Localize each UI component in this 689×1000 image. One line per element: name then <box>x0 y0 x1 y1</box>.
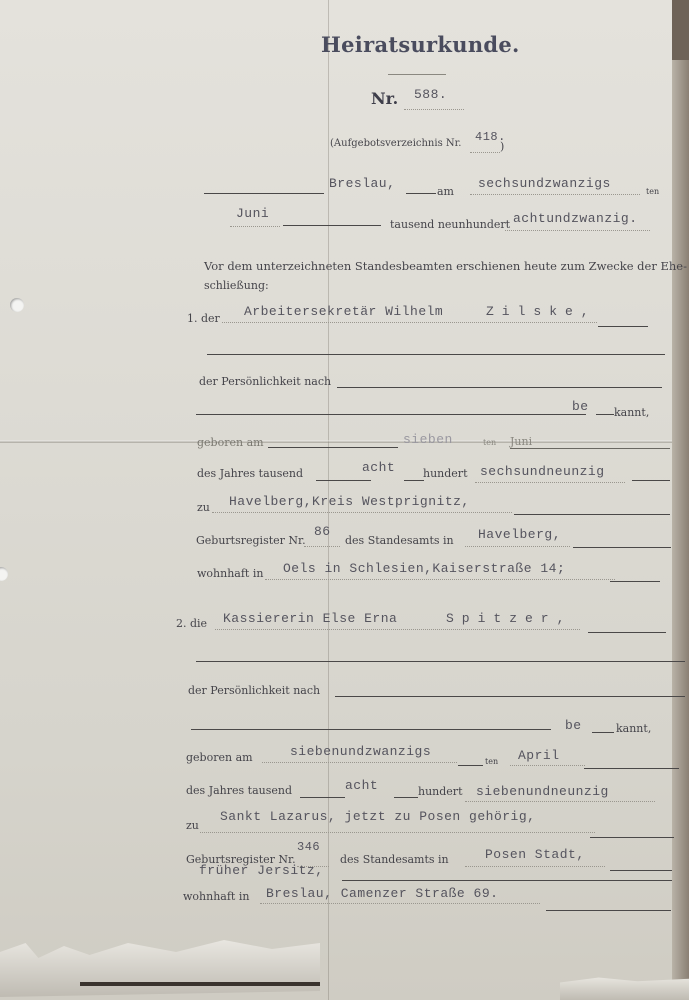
person2-office: Posen Stadt, <box>485 847 585 862</box>
fill-line <box>465 546 570 547</box>
fill-line <box>514 514 670 515</box>
fill-line <box>394 797 418 798</box>
fill-line <box>475 482 625 483</box>
place: Breslau, <box>329 176 395 191</box>
fill-line <box>573 547 671 548</box>
person1-known-suffix: kannt, <box>614 406 649 419</box>
person2-year-hundreds: acht <box>345 778 378 793</box>
person1-known-prefix: be <box>572 399 589 414</box>
person2-place-label: zu <box>186 819 199 832</box>
person1-year-label: des Jahres tausend <box>197 467 303 480</box>
person2-register-number: 346 <box>297 840 320 854</box>
punch-hole-icon <box>10 298 24 312</box>
person1-place-label: zu <box>197 501 210 514</box>
fill-line <box>510 765 585 766</box>
fill-line <box>590 837 674 838</box>
person2-identity-label: der Persönlichkeit nach <box>188 684 320 697</box>
person2-birthplace: Sankt Lazarus, jetzt zu Posen gehörig, <box>220 809 535 824</box>
fill-line <box>404 109 464 110</box>
marriage-day: sechsundzwanzigs <box>478 176 611 191</box>
person1-office-label: des Standesamts in <box>345 534 454 547</box>
fill-line <box>304 546 340 547</box>
fill-line <box>610 870 672 871</box>
person1-residence-label: wohnhaft in <box>197 567 263 580</box>
person1-identity-label: der Persönlichkeit nach <box>199 375 331 388</box>
document-title: Heiratsurkunde. <box>321 32 520 57</box>
fill-line <box>268 447 398 448</box>
fill-line <box>335 696 685 697</box>
fill-line <box>632 480 670 481</box>
person2-year-rest: siebenundneunzig <box>476 784 609 799</box>
fill-line <box>546 910 671 911</box>
fill-line <box>404 480 424 481</box>
marriage-month: Juni <box>236 206 269 221</box>
aufgebot-label: (Aufgebotsverzeichnis Nr. <box>330 138 462 149</box>
fill-line <box>465 866 605 867</box>
fill-line <box>510 448 670 449</box>
intro-text: Vor dem unterzeichneten Standesbeamten e… <box>204 259 687 273</box>
certificate-number: 588. <box>414 87 447 102</box>
person1-year-hundreds: acht <box>362 460 395 475</box>
fill-line <box>610 581 660 582</box>
person2-surname: Spitzer, <box>446 611 572 626</box>
fill-line <box>260 903 540 904</box>
person2-office-note: früher Jersitz, <box>199 863 324 878</box>
fill-line <box>230 226 280 227</box>
fill-line <box>458 765 483 766</box>
fill-line <box>222 322 597 323</box>
fill-line <box>212 512 512 513</box>
fill-line <box>406 193 436 194</box>
intro-text-cont: schließung: <box>204 279 269 292</box>
ten-suffix: ten <box>646 187 659 196</box>
fill-line <box>265 579 615 580</box>
fill-line <box>465 801 655 802</box>
person2-born-label: geboren am <box>186 751 253 764</box>
fill-line <box>588 632 666 633</box>
person2-office-label: des Standesamts in <box>340 853 449 866</box>
fill-line <box>207 354 665 355</box>
person1-residence: Oels in Schlesien,Kaiserstraße 14; <box>283 561 565 576</box>
person1-register-number: 86 <box>314 524 331 539</box>
person2-born-month: April <box>518 748 560 763</box>
am-label: am <box>437 185 454 198</box>
person1-born-label: geboren am <box>197 436 264 449</box>
marriage-year: achtundzwanzig. <box>513 211 638 226</box>
aufgebot-close: ) <box>500 140 504 153</box>
fill-line <box>316 480 371 481</box>
fill-line <box>584 768 679 769</box>
background-edge <box>672 60 689 1000</box>
fill-line <box>337 387 662 388</box>
fill-line <box>342 880 672 881</box>
fill-line <box>204 193 324 194</box>
person1-born-month: Juni <box>510 435 532 448</box>
fill-line <box>215 629 580 630</box>
torn-edge-shadow <box>80 982 320 986</box>
person2-known-prefix: be <box>565 718 582 733</box>
fill-line <box>596 414 614 415</box>
fill-line <box>200 832 595 833</box>
person2-hundert-label: hundert <box>418 785 462 798</box>
person1-birthplace: Havelberg,Kreis Westprignitz, <box>229 494 470 509</box>
number-label: Nr. <box>371 89 398 108</box>
fill-line <box>283 225 381 226</box>
person2-born-ten: ten <box>485 757 498 766</box>
person1-surname: Zilske, <box>486 304 597 319</box>
fill-line <box>196 661 685 662</box>
fill-line <box>262 762 457 763</box>
person2-label: 2. die <box>176 617 207 630</box>
person2-residence-label: wohnhaft in <box>183 890 249 903</box>
fill-line <box>470 194 640 195</box>
person1-name: Arbeitersekretär Wilhelm <box>244 304 443 319</box>
year-label: tausend neunhundert <box>390 218 510 231</box>
fill-line <box>592 732 614 733</box>
person1-born-ten: ten <box>483 438 496 447</box>
horizontal-fold <box>0 440 672 443</box>
person2-residence: Breslau, Camenzer Straße 69. <box>266 886 498 901</box>
fill-line <box>470 152 500 153</box>
fill-line <box>191 729 551 730</box>
person1-office: Havelberg, <box>478 527 561 542</box>
person2-known-suffix: kannt, <box>616 722 651 735</box>
fill-line <box>300 797 345 798</box>
person1-hundert-label: hundert <box>423 467 467 480</box>
person2-born-day: siebenundzwanzigs <box>290 744 431 759</box>
person2-year-label: des Jahres tausend <box>186 784 292 797</box>
person1-label: 1. der <box>187 312 220 325</box>
fill-line <box>598 326 648 327</box>
person2-name: Kassiererin Else Erna <box>223 611 397 626</box>
person1-register-label: Geburtsregister Nr. <box>196 534 306 547</box>
fill-line <box>196 414 586 415</box>
title-divider <box>388 74 446 75</box>
fill-line <box>505 230 650 231</box>
person1-year-rest: sechsundneunzig <box>480 464 605 479</box>
person1-born-day: sieben <box>403 432 453 447</box>
